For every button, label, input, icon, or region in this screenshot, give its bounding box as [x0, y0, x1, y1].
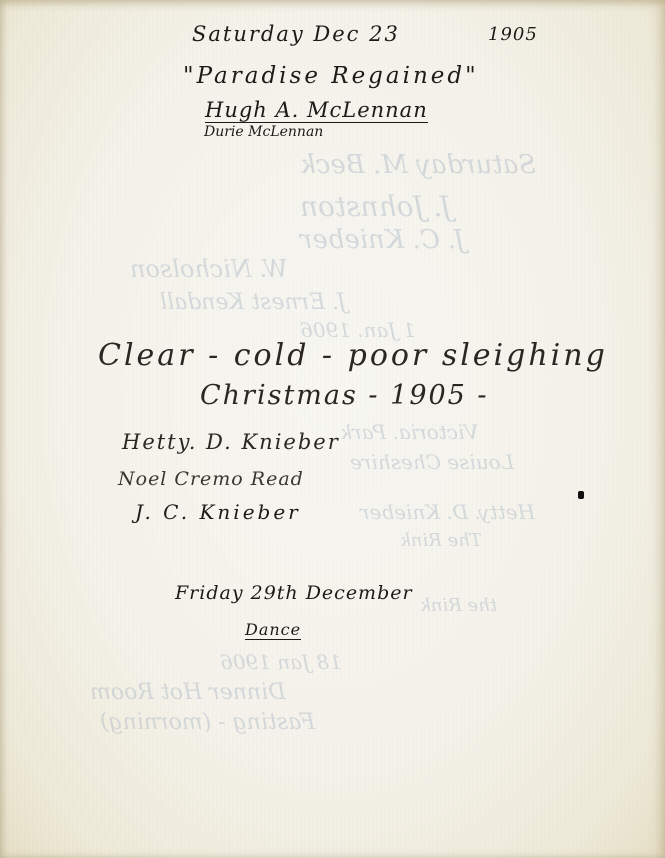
bleed-through-text: Hetty. D. Knieber — [360, 500, 535, 524]
signature: Hetty. D. Knieber — [122, 430, 340, 454]
bleed-through-text: The Rink — [400, 530, 482, 551]
bleed-through-text: J. C. Knieber — [300, 225, 465, 255]
entry-note: Dance — [245, 620, 301, 640]
bleed-through-text: Saturday M. Beck — [300, 150, 536, 180]
entry-date: Saturday Dec 23 — [192, 22, 400, 46]
bleed-through-text: the Rink — [420, 595, 497, 616]
occasion-note: Christmas - 1905 - — [200, 380, 489, 411]
signature: Noel Cremo Read — [118, 468, 304, 490]
bleed-through-text: 18 Jan 1906 — [220, 650, 342, 674]
bleed-through-text: W. Nicholson — [130, 255, 288, 283]
bleed-through-text: J. Ernest Kendall — [160, 290, 346, 315]
weather-note: Clear - cold - poor sleighing — [98, 338, 608, 373]
entry-year: 1905 — [488, 24, 538, 45]
bleed-through-text: Louise Cheshire — [350, 450, 514, 474]
bleed-through-text: Victoria. Park — [340, 420, 479, 444]
scanned-page: Saturday M. Beck J. Johnston J. C. Knieb… — [0, 0, 665, 858]
bleed-through-text: J. Johnston — [300, 190, 452, 223]
entry-title: "Paradise Regained" — [183, 63, 479, 89]
signature: J. C. Knieber — [135, 500, 301, 524]
ink-blot — [578, 491, 584, 499]
entry-date: Friday 29th December — [175, 582, 413, 604]
signature: Hugh A. McLennan — [205, 98, 428, 123]
bleed-through-text: Fasting - (morning) — [100, 710, 315, 735]
bleed-through-text: Dinner Hot Room — [90, 680, 286, 705]
signature: Durie McLennan — [204, 124, 323, 140]
